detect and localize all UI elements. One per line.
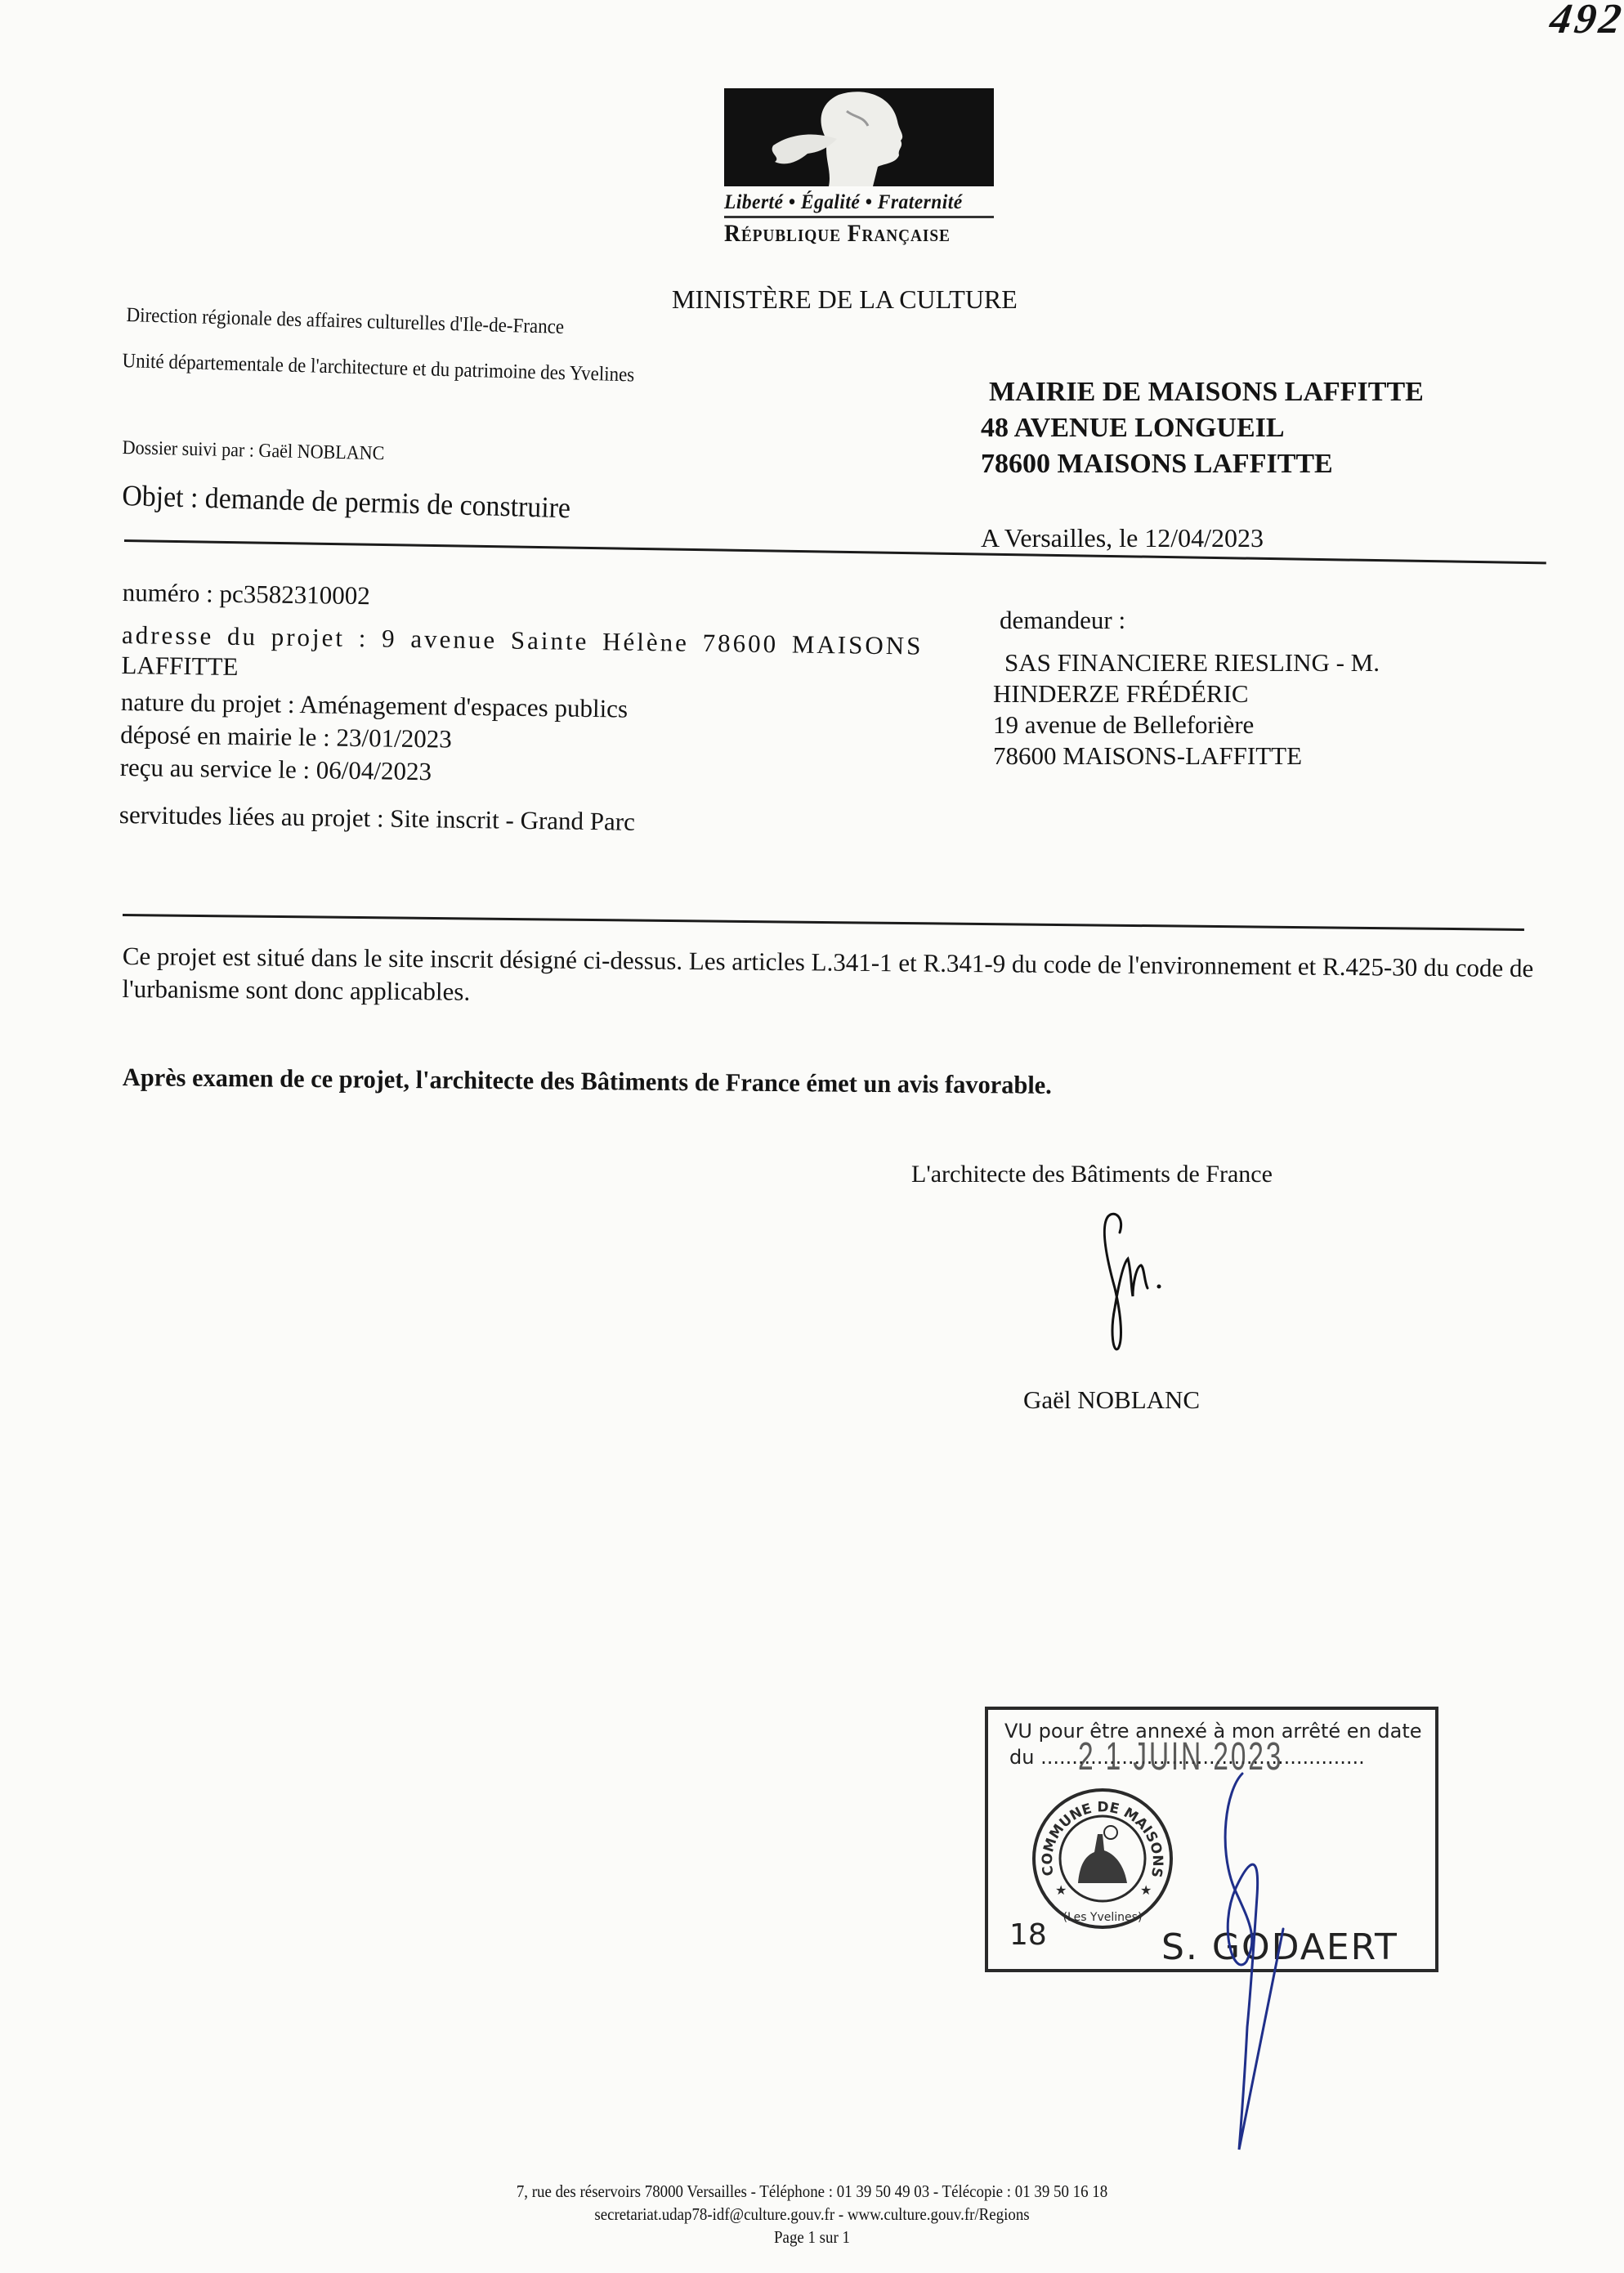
blue-ink-signature-icon — [1201, 1765, 1300, 2162]
applicant-line-4: 78600 MAISONS-LAFFITTE — [993, 741, 1380, 772]
subject-line: Objet : demande de permis de construire — [122, 478, 571, 525]
footer-contact: secretariat.udap78-idf@culture.gouv.fr -… — [81, 2203, 1542, 2226]
footer: 7, rue des réservoirs 78000 Versailles -… — [0, 2180, 1624, 2248]
logo-republique: République Française — [724, 220, 973, 248]
sender-direction: Direction régionale des affaires culture… — [126, 304, 564, 339]
applicant-line-2: HINDERZE FRÉDÉRIC — [993, 678, 1380, 709]
footer-address: 7, rue des réservoirs 78000 Versailles -… — [81, 2180, 1542, 2203]
handwritten-page-number: 492 — [1547, 0, 1624, 43]
applicant-line-1: SAS FINANCIERE RIESLING - M. — [993, 647, 1380, 678]
marianne-logo: Liberté • Égalité • Fraternité Républiqu… — [724, 88, 994, 248]
recipient-line-2: 48 AVENUE LONGUEIL — [981, 410, 1424, 446]
legal-paragraph: Ce projet est situé dans le site inscrit… — [122, 940, 1537, 1018]
decision-statement: Après examen de ce projet, l'architecte … — [123, 1063, 1052, 1100]
dossier-follow-up: Dossier suivi par : Gaël NOBLANC — [122, 437, 384, 465]
handwritten-signature-icon — [1095, 1210, 1169, 1361]
recipient-line-1: MAIRIE DE MAISONS LAFFITTE — [981, 374, 1424, 410]
applicant-block: demandeur : SAS FINANCIERE RIESLING - M.… — [993, 605, 1380, 772]
field-numero: numéro : pc3582310002 — [122, 576, 924, 620]
svg-text:(Les Yvelines): (Les Yvelines) — [1063, 1911, 1143, 1924]
signatory-name: Gaël NOBLANC — [1023, 1385, 1200, 1415]
recipient-address: MAIRIE DE MAISONS LAFFITTE 48 AVENUE LON… — [981, 374, 1424, 482]
recipient-line-3: 78600 MAISONS LAFFITTE — [981, 446, 1424, 482]
sender-unit: Unité départementale de l'architecture e… — [122, 350, 634, 387]
signatory-title: L'architecte des Bâtiments de France — [911, 1161, 1273, 1188]
ministry-title: MINISTÈRE DE LA CULTURE — [672, 284, 1018, 315]
logo-motto: Liberté • Égalité • Fraternité — [724, 191, 978, 214]
marianne-emblem-icon — [724, 88, 994, 186]
project-fields: numéro : pc3582310002 adresse du projet … — [119, 576, 924, 843]
applicant-label: demandeur : — [993, 605, 1380, 636]
logo-divider — [724, 216, 994, 218]
fields-divider — [123, 914, 1524, 931]
date-place: A Versailles, le 12/04/2023 — [981, 523, 1264, 553]
commune-seal-icon: COMMUNE DE MAISONS-LAFFITTE (Les Yveline… — [1029, 1785, 1176, 1935]
footer-page-number: Page 1 sur 1 — [81, 2226, 1542, 2248]
svg-text:★: ★ — [1140, 1882, 1152, 1898]
header-divider — [124, 539, 1546, 564]
stamp-number: 18 — [1009, 1918, 1047, 1952]
applicant-line-3: 19 avenue de Belleforière — [993, 709, 1380, 741]
field-servitudes: servitudes liées au projet : Site inscri… — [119, 799, 921, 843]
svg-text:★: ★ — [1055, 1882, 1067, 1898]
